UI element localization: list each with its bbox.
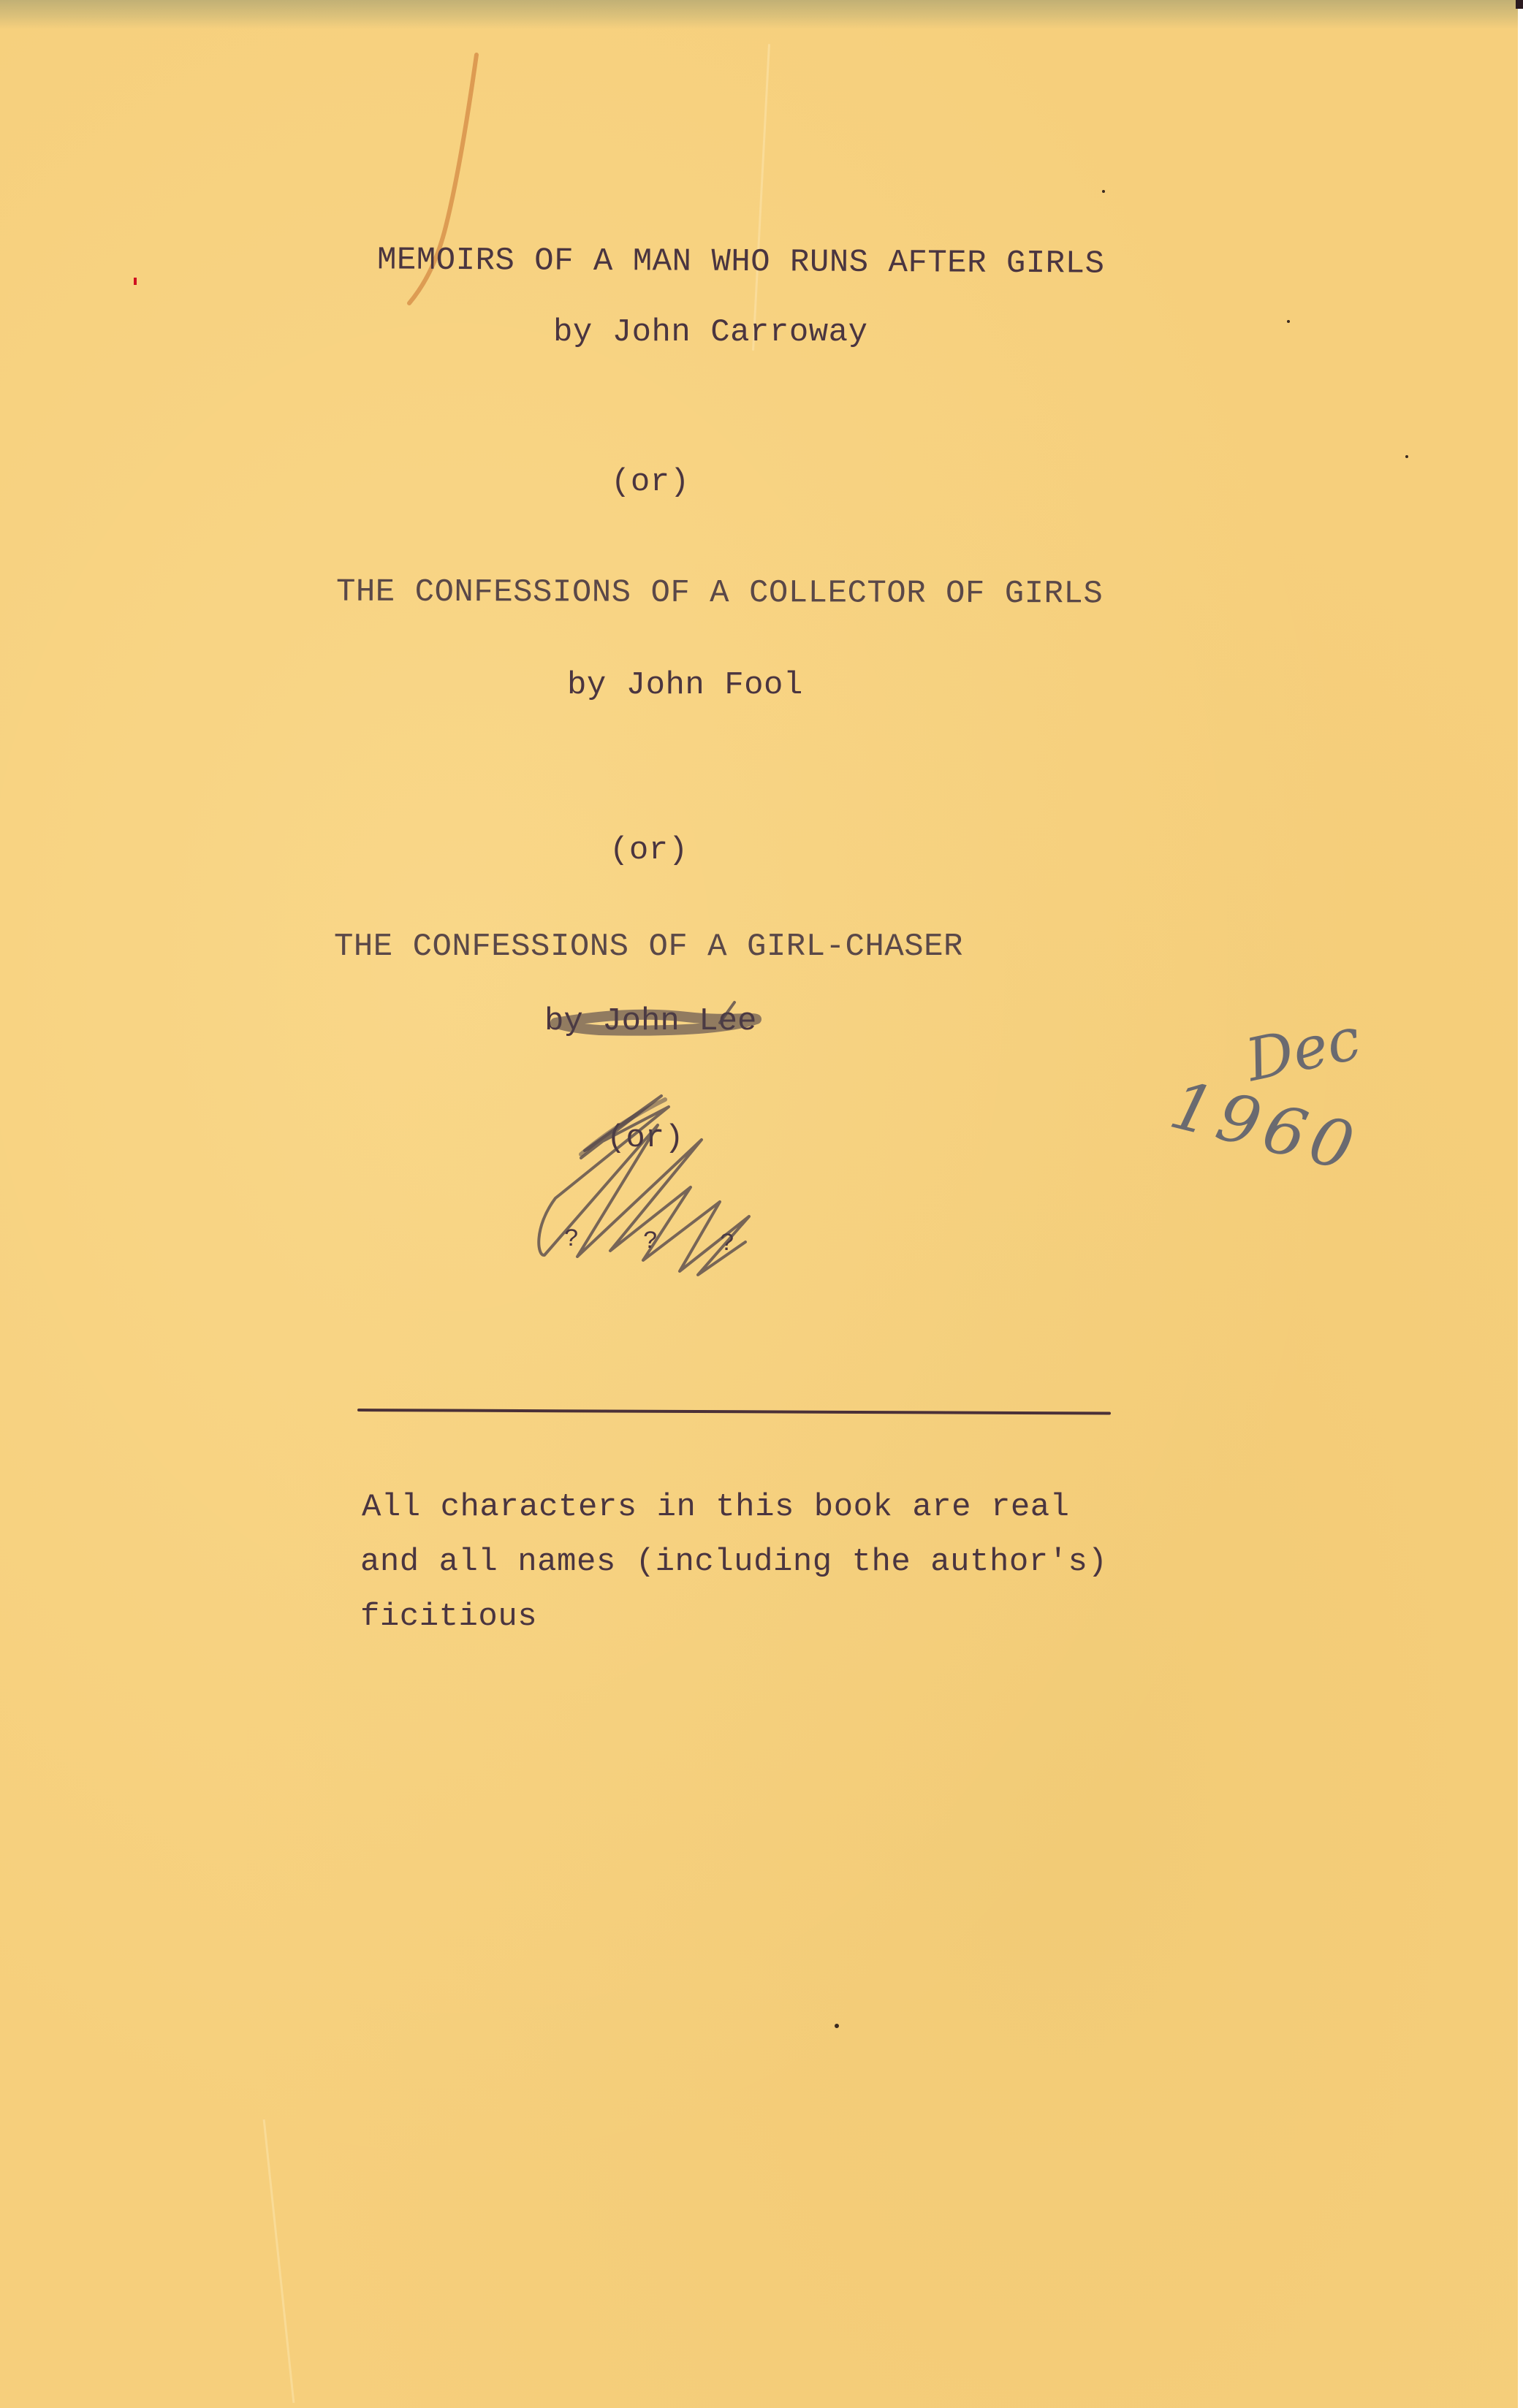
struck-question-1: ? — [564, 1227, 579, 1252]
separator-or-2: (or) — [609, 834, 688, 866]
separator-or-1: (or) — [611, 466, 690, 498]
struck-separator: (or) — [607, 1122, 684, 1154]
title-3: THE CONFESSIONS OF A GIRL-CHASER — [334, 931, 963, 963]
disclaimer-line-1: All characters in this book are real — [362, 1491, 1070, 1523]
struck-question-2: ? — [643, 1230, 658, 1254]
disclaimer-line-3: ficitious — [360, 1601, 537, 1633]
title-1: MEMOIRS OF A MAN WHO RUNS AFTER GIRLS — [377, 244, 1105, 280]
title-2: THE CONFESSIONS OF A COLLECTOR OF GIRLS — [336, 576, 1103, 611]
byline-1: by John Carroway — [553, 316, 867, 348]
paper-sheet — [0, 0, 1518, 2408]
byline-2: by John Fool — [567, 669, 803, 701]
struck-byline: by John Lee — [544, 1005, 756, 1037]
struck-question-3: ? — [720, 1232, 734, 1257]
scan-edge — [1516, 0, 1523, 9]
disclaimer-line-2: and all names (including the author's) — [360, 1546, 1107, 1578]
